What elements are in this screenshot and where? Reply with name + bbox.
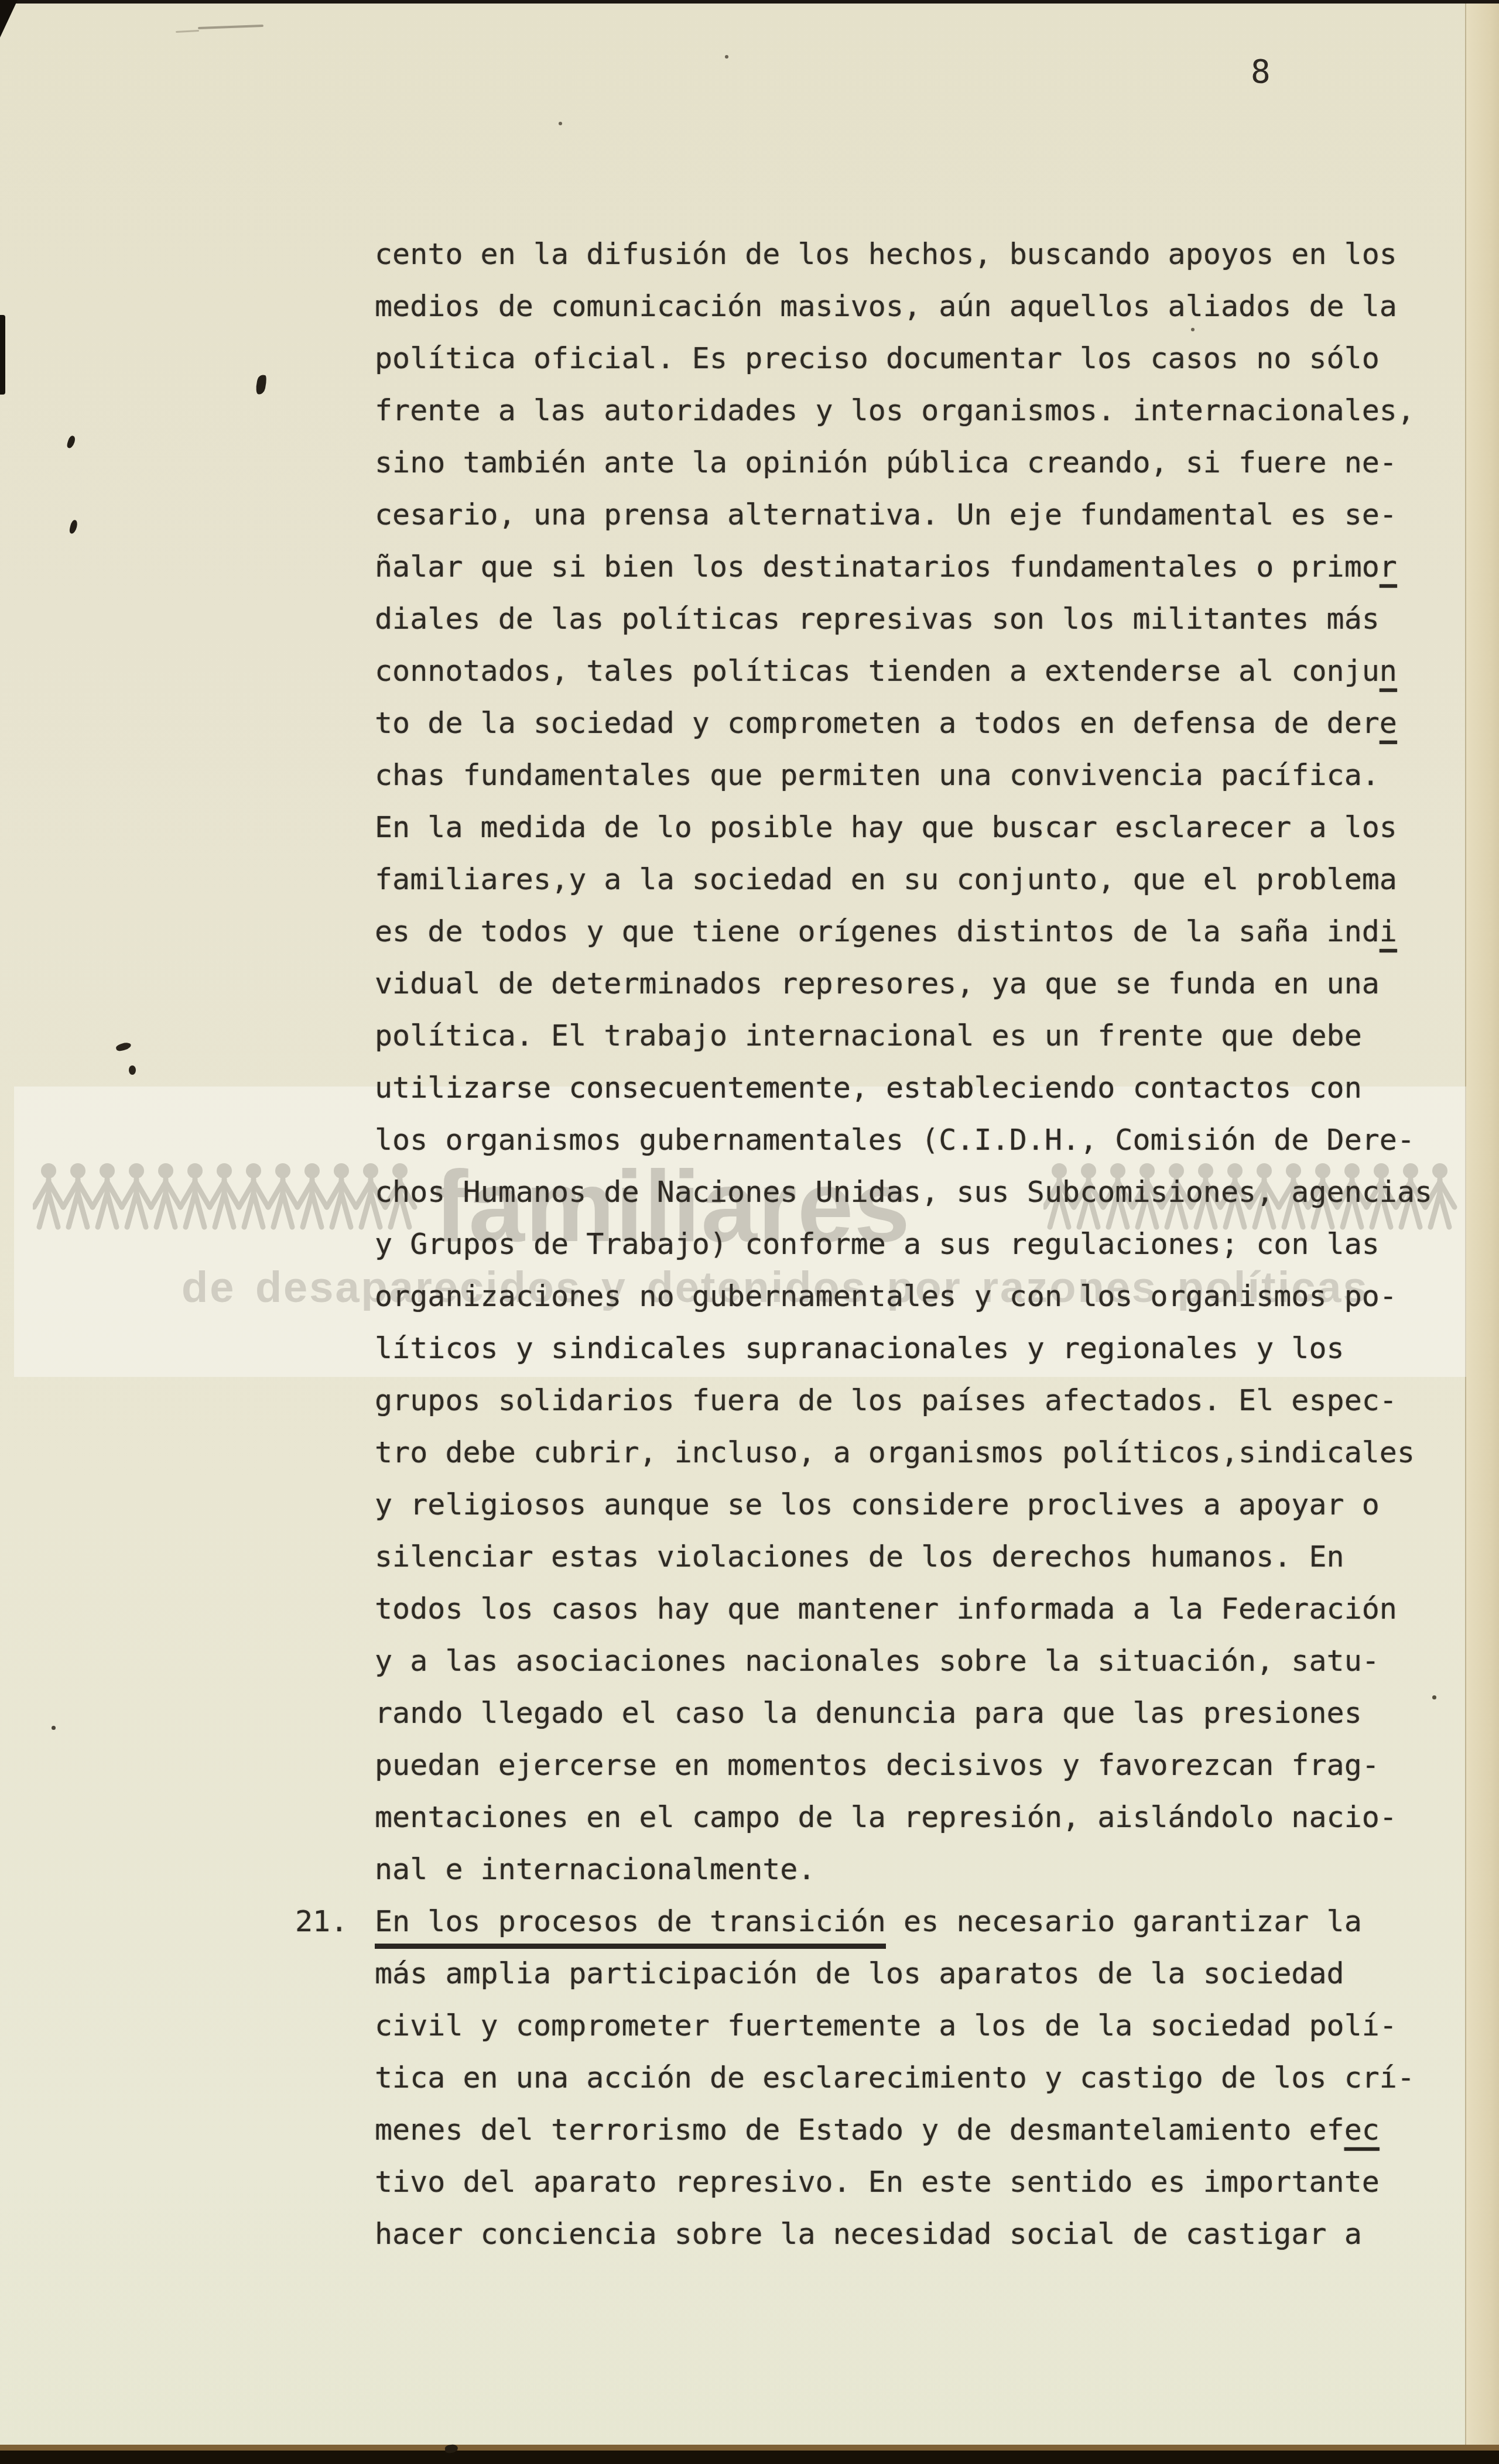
page-number: 8	[1251, 53, 1271, 91]
text-segment: tro debe cubrir, incluso, a organismos p…	[375, 1435, 1415, 1469]
text-line: todos los casos hay que mantener informa…	[375, 1583, 1397, 1635]
underlined-text: r	[1380, 550, 1397, 584]
text-segment: todos los casos hay que mantener informa…	[375, 1592, 1397, 1626]
text-segment: sino también ante la opinión pública cre…	[375, 445, 1397, 479]
text-line: es de todos y que tiene orígenes distint…	[375, 906, 1397, 958]
scan-top-edge	[0, 0, 1499, 4]
text-line: rando llegado el caso la denuncia para q…	[375, 1687, 1362, 1739]
ink-speck	[1191, 328, 1195, 331]
text-line: tro debe cubrir, incluso, a organismos p…	[375, 1427, 1415, 1479]
underlined-text: e	[1380, 706, 1397, 740]
underlined-text: n	[1380, 654, 1397, 688]
ink-speck	[1432, 1695, 1436, 1699]
text-segment: mentaciones en el campo de la represión,…	[375, 1800, 1397, 1834]
text-line: hacer conciencia sobre la necesidad soci…	[375, 2208, 1362, 2260]
scan-left-edge-mark	[0, 315, 5, 395]
text-segment: y Grupos de Trabajo) conforme a sus regu…	[375, 1227, 1380, 1261]
ink-mark	[129, 1065, 136, 1075]
text-segment: silenciar estas violaciones de los derec…	[375, 1540, 1344, 1574]
ink-mark	[66, 435, 76, 449]
text-segment: puedan ejercerse en momentos decisivos y…	[375, 1748, 1380, 1782]
text-segment: los organismos gubernamentales (C.I.D.H.…	[375, 1123, 1415, 1157]
text-segment: cesario, una prensa alternativa. Un eje …	[375, 498, 1397, 532]
text-segment: En la medida de lo posible hay que busca…	[375, 810, 1397, 844]
text-line: medios de comunicación masivos, aún aque…	[375, 280, 1397, 333]
pencil-smudge	[198, 25, 263, 29]
underlined-text: ec	[1344, 2113, 1380, 2147]
ink-speck	[559, 122, 562, 125]
text-segment: organizaciones no gubernamentales y con …	[375, 1279, 1397, 1313]
text-line: frente a las autoridades y los organismo…	[375, 385, 1415, 437]
text-line: mentaciones en el campo de la represión,…	[375, 1791, 1397, 1843]
text-line: y a las asociaciones nacionales sobre la…	[375, 1635, 1380, 1687]
underlined-text: En los procesos de transición	[375, 1904, 886, 1949]
text-line: puedan ejercerse en momentos decisivos y…	[375, 1739, 1380, 1791]
text-line: organizaciones no gubernamentales y con …	[375, 1270, 1397, 1322]
text-line: los organismos gubernamentales (C.I.D.H.…	[375, 1114, 1415, 1166]
text-segment: cento en la difusión de los hechos, busc…	[375, 237, 1397, 271]
ink-squiggle-mark	[255, 374, 268, 396]
text-segment: frente a las autoridades y los organismo…	[375, 393, 1415, 427]
text-segment: chos Humanos de Naciones Unidas, sus Sub…	[375, 1175, 1432, 1209]
page-right-edge	[1465, 0, 1499, 2464]
text-line: 21.En los procesos de transición es nece…	[375, 1896, 1362, 1948]
text-line: diales de las políticas represivas son l…	[375, 593, 1380, 645]
text-line: nal e internacionalmente.	[375, 1843, 816, 1896]
text-line: tivo del aparato represivo. En este sent…	[375, 2156, 1380, 2208]
ink-mark	[115, 1041, 132, 1052]
text-segment: es de todos y que tiene orígenes distint…	[375, 914, 1380, 948]
text-line: chas fundamentales que permiten una conv…	[375, 749, 1380, 801]
text-line: civil y comprometer fuertemente a los de…	[375, 2000, 1397, 2052]
text-segment: menes del terrorismo de Estado y de desm…	[375, 2113, 1344, 2147]
text-line: to de la sociedad y comprometen a todos …	[375, 697, 1397, 749]
text-segment: to de la sociedad y comprometen a todos …	[375, 706, 1380, 740]
text-line: utilizarse consecuentemente, establecien…	[375, 1062, 1362, 1114]
text-line: grupos solidarios fuera de los países af…	[375, 1375, 1397, 1427]
ink-mark	[69, 519, 78, 534]
list-item-number: 21.	[295, 1896, 348, 1948]
text-segment: utilizarse consecuentemente, establecien…	[375, 1071, 1362, 1105]
text-line: connotados, tales políticas tienden a ex…	[375, 645, 1397, 697]
text-segment: grupos solidarios fuera de los países af…	[375, 1383, 1397, 1417]
text-line: menes del terrorismo de Estado y de desm…	[375, 2104, 1380, 2156]
text-segment: diales de las políticas represivas son l…	[375, 602, 1380, 636]
text-segment: líticos y sindicales supranacionales y r…	[375, 1331, 1344, 1365]
text-line: y Grupos de Trabajo) conforme a sus regu…	[375, 1218, 1380, 1270]
text-segment: tica en una acción de esclarecimiento y …	[375, 2061, 1415, 2095]
text-line: tica en una acción de esclarecimiento y …	[375, 2052, 1415, 2104]
text-line: y religiosos aunque se los considere pro…	[375, 1479, 1380, 1531]
text-segment: rando llegado el caso la denuncia para q…	[375, 1696, 1362, 1730]
text-segment: política. El trabajo internacional es un…	[375, 1019, 1362, 1053]
text-line: silenciar estas violaciones de los derec…	[375, 1531, 1344, 1583]
text-line: política. El trabajo internacional es un…	[375, 1010, 1362, 1062]
text-segment: nal e internacionalmente.	[375, 1852, 816, 1886]
text-segment: y a las asociaciones nacionales sobre la…	[375, 1644, 1380, 1678]
text-line: En la medida de lo posible hay que busca…	[375, 801, 1397, 854]
text-segment: política oficial. Es preciso documentar …	[375, 341, 1380, 375]
text-segment: familiares,y a la sociedad en su conjunt…	[375, 862, 1397, 896]
scan-bottom-line	[0, 2445, 1499, 2451]
text-line: sino también ante la opinión pública cre…	[375, 437, 1397, 489]
text-segment: vidual de determinados represores, ya qu…	[375, 967, 1380, 1000]
text-line: política oficial. Es preciso documentar …	[375, 333, 1380, 385]
text-segment: ñalar que si bien los destinatarios fund…	[375, 550, 1380, 584]
scan-corner-mark	[0, 0, 18, 37]
text-line: cesario, una prensa alternativa. Un eje …	[375, 489, 1397, 541]
text-segment: hacer conciencia sobre la necesidad soci…	[375, 2217, 1362, 2251]
text-segment: es necesario garantizar la	[886, 1904, 1362, 1938]
text-line: chos Humanos de Naciones Unidas, sus Sub…	[375, 1166, 1432, 1218]
text-line: cento en la difusión de los hechos, busc…	[375, 228, 1397, 280]
text-segment: medios de comunicación masivos, aún aque…	[375, 289, 1397, 323]
paper-doll-chain-icon	[33, 1161, 419, 1232]
text-line: familiares,y a la sociedad en su conjunt…	[375, 854, 1397, 906]
ink-speck	[725, 55, 728, 59]
text-line: ñalar que si bien los destinatarios fund…	[375, 541, 1397, 593]
text-segment: civil y comprometer fuertemente a los de…	[375, 2009, 1397, 2043]
text-line: vidual de determinados represores, ya qu…	[375, 958, 1380, 1010]
text-segment: chas fundamentales que permiten una conv…	[375, 758, 1380, 792]
text-segment: tivo del aparato represivo. En este sent…	[375, 2165, 1380, 2199]
text-segment: y religiosos aunque se los considere pro…	[375, 1488, 1380, 1521]
text-line: más amplia participación de los aparatos…	[375, 1948, 1344, 2000]
text-segment: más amplia participación de los aparatos…	[375, 1956, 1344, 1990]
text-segment: connotados, tales políticas tienden a ex…	[375, 654, 1380, 688]
scan-bottom-edge	[0, 2451, 1499, 2464]
underlined-text: i	[1380, 914, 1397, 948]
ink-speck	[52, 1726, 56, 1730]
pencil-smudge	[176, 30, 199, 33]
text-line: líticos y sindicales supranacionales y r…	[375, 1322, 1344, 1375]
scanned-document-page: familiares de desaparecidos y detenidos …	[0, 0, 1499, 2464]
